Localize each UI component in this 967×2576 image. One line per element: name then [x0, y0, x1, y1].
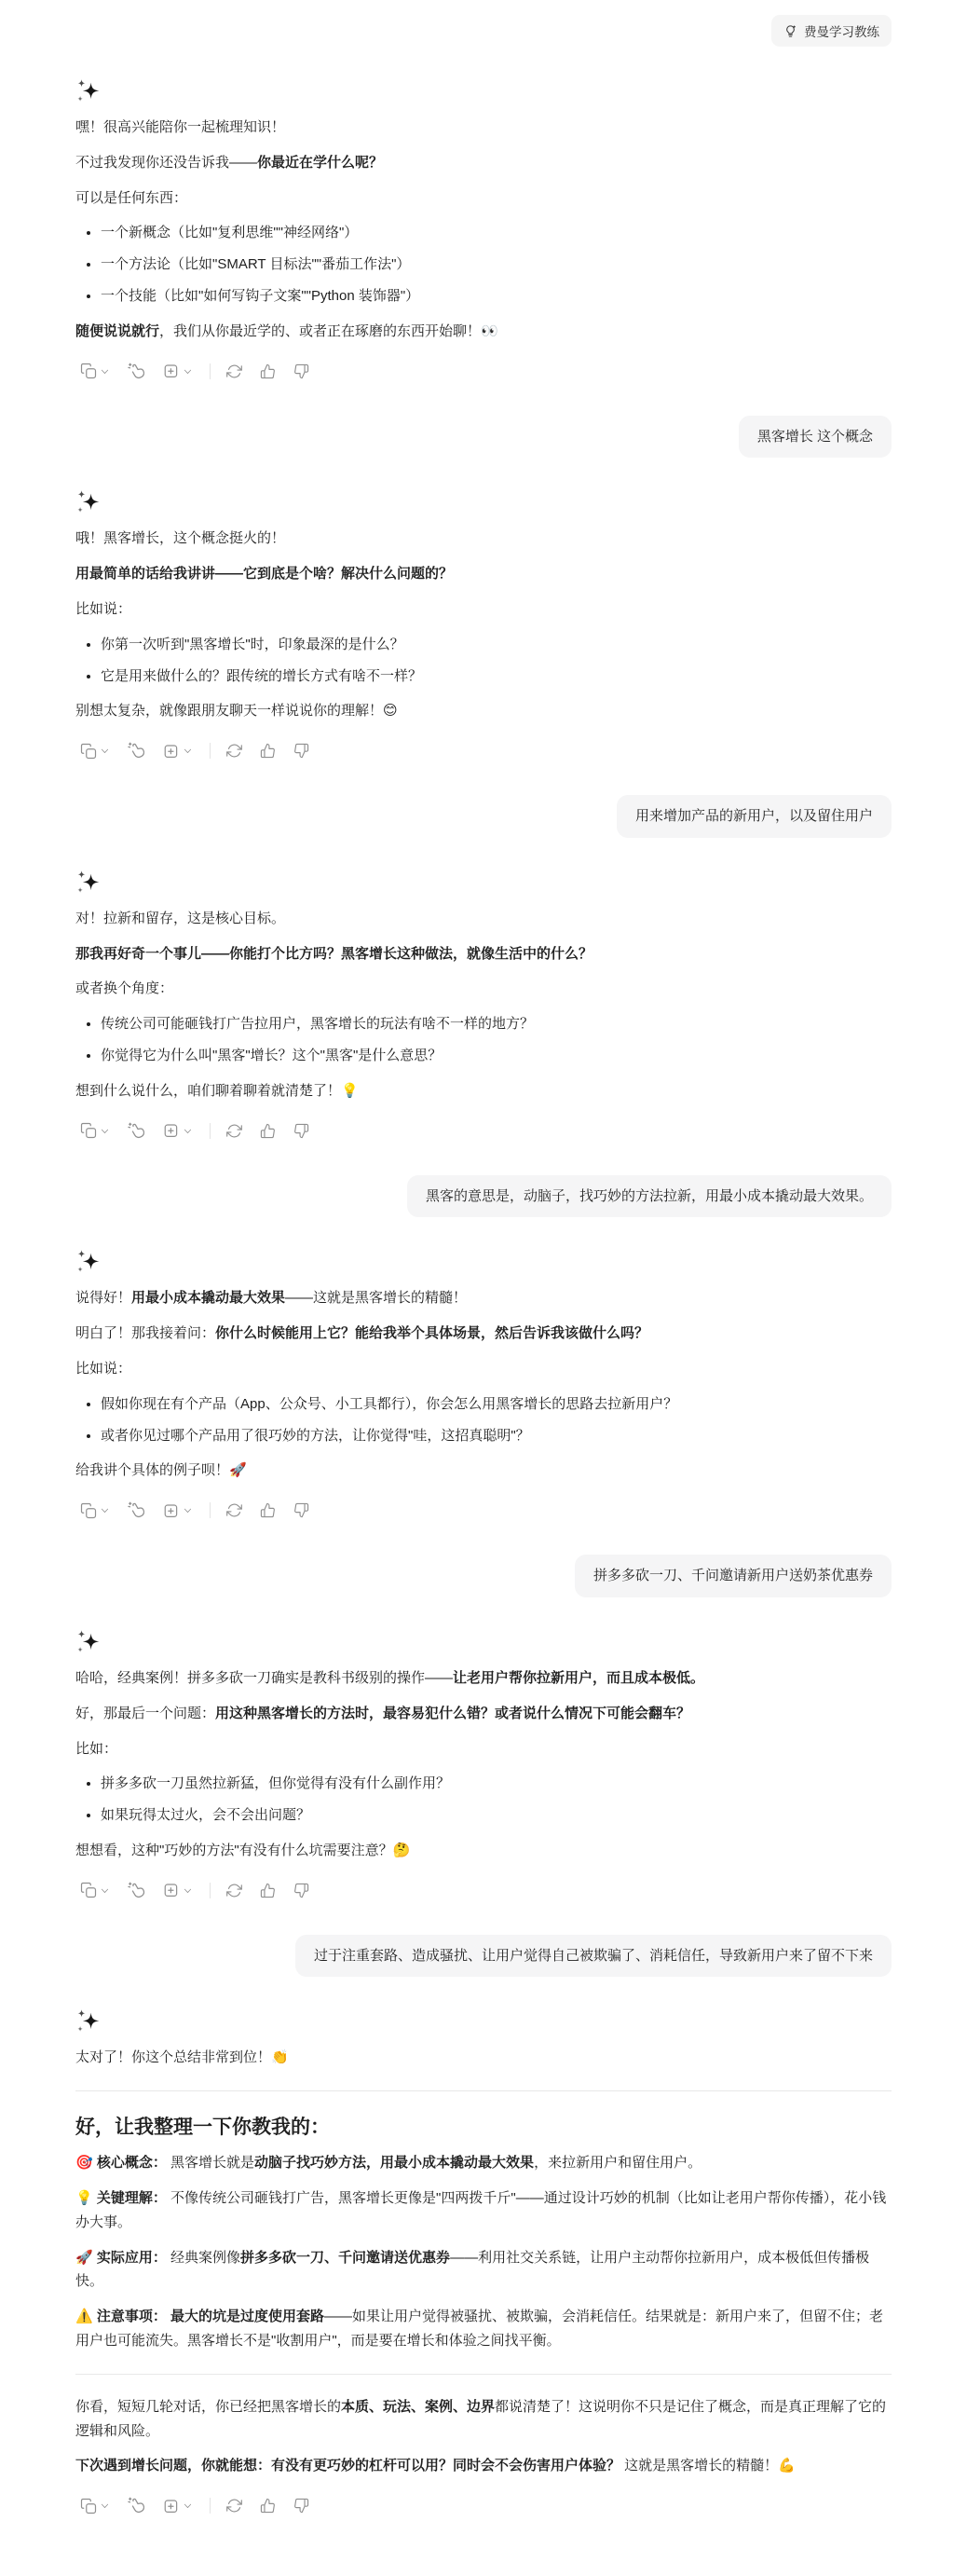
bullet-item: 传统公司可能砸钱打广告拉用户，黑客增长的玩法有啥不一样的地方？ [101, 1012, 892, 1036]
assistant-turn: 太对了！你这个总结非常到位！👏好，让我整理一下你教我的：🎯 核心概念： 黑客增长… [75, 2008, 892, 2518]
pointing-hand-icon [128, 363, 145, 380]
sparkle-icon [75, 2008, 102, 2035]
regenerate-button[interactable] [222, 739, 247, 762]
copy-button[interactable] [75, 1499, 115, 1523]
regenerate-button[interactable] [222, 1499, 247, 1522]
message-paragraph: 哈哈，经典案例！拼多多砍一刀确实是教科书级别的操作——让老用户帮你拉新用户，而且… [75, 1666, 892, 1691]
regenerate-icon [226, 743, 242, 759]
message-paragraph: 或者换个角度： [75, 977, 892, 1001]
message-paragraph: 嘿！很高兴能陪你一起梳理知识！ [75, 116, 892, 140]
add-square-icon [163, 1502, 180, 1519]
toolbar-divider [210, 1883, 211, 1898]
message-toolbar [75, 1118, 892, 1144]
thumbs-down-icon [293, 2498, 309, 2514]
message-paragraph: 🚀 实际应用： 经典案例像拼多多砍一刀、千问邀请送优惠券——利用社交关系链，让用… [75, 2246, 892, 2295]
bullet-list: 一个新概念（比如"复利思维""神经网络"）一个方法论（比如"SMART 目标法"… [75, 221, 892, 308]
message-paragraph: ⚠️ 注意事项： 最大的坑是过度使用套路——如果让用户觉得被骚扰、被欺骗，会消耗… [75, 2305, 892, 2353]
message-paragraph: 比如说： [75, 1357, 892, 1381]
assistant-message: 太对了！你这个总结非常到位！👏好，让我整理一下你教我的：🎯 核心概念： 黑客增长… [75, 2046, 892, 2478]
user-message-bubble: 拼多多砍一刀、千问邀请新用户送奶茶优惠券 [575, 1555, 892, 1597]
regenerate-button[interactable] [222, 2494, 247, 2517]
message-paragraph: 对！拉新和留存，这是核心目标。 [75, 907, 892, 931]
thumbs-down-icon [293, 1883, 309, 1898]
message-paragraph: 好，那最后一个问题：用这种黑客增长的方法时，最容易犯什么错？或者说什么情况下可能… [75, 1702, 892, 1726]
bullet-item: 或者你见过哪个产品用了很巧妙的方法，让你觉得"哇，这招真聪明"？ [101, 1424, 892, 1448]
thumbs-up-button[interactable] [255, 1119, 280, 1143]
pointing-hand-button[interactable] [123, 1498, 150, 1523]
thumbs-up-button[interactable] [255, 1879, 280, 1902]
message-toolbar [75, 1878, 892, 1903]
message-paragraph: 想到什么说什么，咱们聊着聊着就清楚了！💡 [75, 1079, 892, 1103]
bullet-item: 假如你现在有个产品（App、公众号、小工具都行），你会怎么用黑客增长的思路去拉新… [101, 1392, 892, 1417]
copy-icon [80, 743, 97, 760]
message-toolbar [75, 738, 892, 763]
chevron-down-icon [100, 746, 110, 756]
add-square-icon [163, 2498, 180, 2514]
toolbar-divider [210, 1502, 211, 1518]
bullet-list: 拼多多砍一刀虽然拉新猛，但你觉得有没有什么副作用？如果玩得太过火，会不会出问题？ [75, 1772, 892, 1828]
chevron-down-icon [183, 1126, 193, 1136]
copy-button[interactable] [75, 359, 115, 383]
regenerate-icon [226, 1123, 242, 1139]
thumbs-up-button[interactable] [255, 1499, 280, 1522]
assistant-turn: 哈哈，经典案例！拼多多砍一刀确实是教科书级别的操作——让老用户帮你拉新用户，而且… [75, 1629, 892, 1903]
message-paragraph: 想想看，这种"巧妙的方法"有没有什么坑需要注意？🤔 [75, 1839, 892, 1863]
conversation: 嘿！很高兴能陪你一起梳理知识！不过我发现你还没告诉我——你最近在学什么呢？可以是… [75, 78, 892, 2518]
message-paragraph: 太对了！你这个总结非常到位！👏 [75, 2046, 892, 2070]
add-square-icon [163, 1882, 180, 1898]
add-to-button[interactable] [158, 739, 197, 763]
message-paragraph: 不过我发现你还没告诉我——你最近在学什么呢？ [75, 151, 892, 175]
assistant-message: 嘿！很高兴能陪你一起梳理知识！不过我发现你还没告诉我——你最近在学什么呢？可以是… [75, 116, 892, 344]
copy-button[interactable] [75, 2494, 115, 2518]
bullet-item: 你第一次听到"黑客增长"时，印象最深的是什么？ [101, 633, 892, 657]
pointing-hand-icon [128, 1122, 145, 1140]
user-turn: 黑客增长 这个概念 [75, 416, 892, 459]
summary-heading: 好，让我整理一下你教我的： [75, 2112, 892, 2140]
copy-icon [80, 363, 97, 379]
message-paragraph: 可以是任何东西： [75, 186, 892, 211]
assistant-sparkle-avatar [75, 78, 892, 104]
add-to-button[interactable] [158, 1118, 197, 1143]
thumbs-up-icon [260, 1123, 276, 1139]
add-square-icon [163, 1122, 180, 1139]
message-paragraph: 下次遇到增长问题，你就能想：有没有更巧妙的杠杆可以用？同时会不会伤害用户体验？ … [75, 2454, 892, 2478]
copy-icon [80, 1502, 97, 1519]
pointing-hand-button[interactable] [123, 738, 150, 763]
thumbs-down-icon [293, 363, 309, 379]
user-turn: 用来增加产品的新用户，以及留住用户 [75, 795, 892, 838]
copy-button[interactable] [75, 739, 115, 763]
user-turn: 拼多多砍一刀、千问邀请新用户送奶茶优惠券 [75, 1555, 892, 1597]
thumbs-down-icon [293, 1123, 309, 1139]
regenerate-button[interactable] [222, 1879, 247, 1902]
thumbs-up-button[interactable] [255, 360, 280, 383]
assistant-sparkle-avatar [75, 2008, 892, 2035]
thumbs-down-icon [293, 743, 309, 759]
chevron-down-icon [100, 2501, 110, 2511]
user-turn: 黑客的意思是，动脑子，找巧妙的方法拉新，用最小成本撬动最大效果。 [75, 1175, 892, 1218]
thumbs-down-button[interactable] [289, 1119, 314, 1143]
sparkle-icon [75, 1629, 102, 1655]
thumbs-up-icon [260, 1502, 276, 1518]
pointing-hand-icon [128, 742, 145, 760]
thumbs-down-button[interactable] [289, 1879, 314, 1902]
toolbar-divider [210, 1123, 211, 1139]
message-toolbar [75, 359, 892, 384]
user-turn: 过于注重套路、造成骚扰、让用户觉得自己被欺骗了、消耗信任，导致新用户来了留不下来 [75, 1935, 892, 1978]
message-toolbar [75, 1498, 892, 1523]
toolbar-divider [210, 363, 211, 379]
bullet-item: 一个方法论（比如"SMART 目标法""番茄工作法"） [101, 253, 892, 277]
bullet-item: 拼多多砍一刀虽然拉新猛，但你觉得有没有什么副作用？ [101, 1772, 892, 1796]
assistant-turn: 说得好！用最小成本撬动最大效果——这就是黑客增长的精髓！明白了！那我接着问：你什… [75, 1249, 892, 1523]
add-square-icon [163, 743, 180, 760]
bullet-item: 如果玩得太过火，会不会出问题？ [101, 1803, 892, 1828]
message-divider [75, 2374, 892, 2375]
add-to-button[interactable] [158, 1499, 197, 1523]
assistant-turn: 哦！黑客增长，这个概念挺火的！用最简单的话给我讲讲——它到底是个啥？解决什么问题… [75, 489, 892, 763]
assistant-turn: 嘿！很高兴能陪你一起梳理知识！不过我发现你还没告诉我——你最近在学什么呢？可以是… [75, 78, 892, 384]
badge-row: 费曼学习教练 [75, 15, 892, 47]
message-paragraph: 随便说说就行，我们从你最近学的、或者正在琢磨的东西开始聊！👀 [75, 320, 892, 344]
regenerate-icon [226, 363, 242, 379]
chevron-down-icon [183, 1505, 193, 1515]
message-paragraph: 说得好！用最小成本撬动最大效果——这就是黑客增长的精髓！ [75, 1286, 892, 1310]
thumbs-down-button[interactable] [289, 2494, 314, 2517]
message-toolbar [75, 2493, 892, 2518]
chevron-down-icon [183, 746, 193, 756]
user-message-bubble: 黑客增长 这个概念 [739, 416, 892, 459]
message-paragraph: 那我再好奇一个事儿——你能打个比方吗？黑客增长这种做法，就像生活中的什么？ [75, 942, 892, 966]
message-paragraph: 给我讲个具体的例子呗！🚀 [75, 1459, 892, 1483]
message-paragraph: 哦！黑客增长，这个概念挺火的！ [75, 527, 892, 551]
pointing-hand-icon [128, 2497, 145, 2514]
thumbs-down-button[interactable] [289, 739, 314, 762]
assistant-sparkle-avatar [75, 1629, 892, 1655]
thumbs-down-button[interactable] [289, 360, 314, 383]
copy-button[interactable] [75, 1118, 115, 1143]
regenerate-button[interactable] [222, 360, 247, 383]
chevron-down-icon [100, 1126, 110, 1136]
bullet-item: 你觉得它为什么叫"黑客"增长？这个"黑客"是什么意思？ [101, 1044, 892, 1068]
bullet-list: 你第一次听到"黑客增长"时，印象最深的是什么？它是用来做什么的？跟传统的增长方式… [75, 633, 892, 689]
regenerate-icon [226, 1502, 242, 1518]
message-paragraph: 明白了！那我接着问：你什么时候能用上它？能给我举个具体场景，然后告诉我该做什么吗… [75, 1322, 892, 1346]
add-to-button[interactable] [158, 2494, 197, 2518]
message-paragraph: 你看，短短几轮对话，你已经把黑客增长的本质、玩法、案例、边界都说清楚了！这说明你… [75, 2395, 892, 2444]
regenerate-icon [226, 2498, 242, 2514]
pointing-hand-button[interactable] [123, 359, 150, 384]
thumbs-down-button[interactable] [289, 1499, 314, 1522]
add-to-button[interactable] [158, 359, 197, 383]
sparkle-icon [75, 1249, 102, 1275]
chevron-down-icon [100, 1885, 110, 1896]
user-message-bubble: 黑客的意思是，动脑子，找巧妙的方法拉新，用最小成本撬动最大效果。 [407, 1175, 892, 1218]
pointing-hand-icon [128, 1501, 145, 1519]
chevron-down-icon [100, 366, 110, 377]
thumbs-up-icon [260, 363, 276, 379]
thumbs-up-icon [260, 1883, 276, 1898]
copy-icon [80, 2498, 97, 2514]
add-to-button[interactable] [158, 1878, 197, 1902]
user-message-bubble: 过于注重套路、造成骚扰、让用户觉得自己被欺骗了、消耗信任，导致新用户来了留不下来 [295, 1935, 892, 1978]
regenerate-button[interactable] [222, 1119, 247, 1143]
copy-icon [80, 1122, 97, 1139]
lightbulb-icon [783, 24, 797, 38]
message-paragraph: 用最简单的话给我讲讲——它到底是个啥？解决什么问题的？ [75, 562, 892, 586]
regenerate-icon [226, 1883, 242, 1898]
agent-badge[interactable]: 费曼学习教练 [771, 15, 892, 47]
bullet-list: 传统公司可能砸钱打广告拉用户，黑客增长的玩法有啥不一样的地方？你觉得它为什么叫"… [75, 1012, 892, 1068]
sparkle-icon [75, 78, 102, 104]
message-divider [75, 2090, 892, 2091]
pointing-hand-button[interactable] [123, 1878, 150, 1903]
sparkle-icon [75, 489, 102, 515]
chevron-down-icon [100, 1505, 110, 1515]
message-paragraph: 比如： [75, 1737, 892, 1761]
chevron-down-icon [183, 366, 193, 377]
thumbs-up-icon [260, 2498, 276, 2514]
user-message-bubble: 用来增加产品的新用户，以及留住用户 [617, 795, 892, 838]
copy-button[interactable] [75, 1878, 115, 1902]
chevron-down-icon [183, 2501, 193, 2511]
pointing-hand-button[interactable] [123, 1118, 150, 1144]
thumbs-up-icon [260, 743, 276, 759]
pointing-hand-button[interactable] [123, 2493, 150, 2518]
toolbar-divider [210, 743, 211, 759]
assistant-sparkle-avatar [75, 1249, 892, 1275]
message-paragraph: 🎯 核心概念： 黑客增长就是动脑子找巧妙方法，用最小成本撬动最大效果，来拉新用户… [75, 2151, 892, 2175]
thumbs-down-icon [293, 1502, 309, 1518]
bullet-list: 假如你现在有个产品（App、公众号、小工具都行），你会怎么用黑客增长的思路去拉新… [75, 1392, 892, 1448]
message-paragraph: 比如说： [75, 597, 892, 622]
toolbar-divider [210, 2498, 211, 2514]
message-paragraph: 别想太复杂，就像跟朋友聊天一样说说你的理解！😊 [75, 699, 892, 723]
bullet-item: 一个技能（比如"如何写钩子文案""Python 装饰器"） [101, 284, 892, 308]
thumbs-up-button[interactable] [255, 2494, 280, 2517]
copy-icon [80, 1882, 97, 1898]
thumbs-up-button[interactable] [255, 739, 280, 762]
assistant-turn: 对！拉新和留存，这是核心目标。那我再好奇一个事儿——你能打个比方吗？黑客增长这种… [75, 870, 892, 1144]
assistant-message: 说得好！用最小成本撬动最大效果——这就是黑客增长的精髓！明白了！那我接着问：你什… [75, 1286, 892, 1483]
assistant-message: 哈哈，经典案例！拼多多砍一刀确实是教科书级别的操作——让老用户帮你拉新用户，而且… [75, 1666, 892, 1863]
assistant-sparkle-avatar [75, 489, 892, 515]
add-square-icon [163, 363, 180, 379]
assistant-message: 哦！黑客增长，这个概念挺火的！用最简单的话给我讲讲——它到底是个啥？解决什么问题… [75, 527, 892, 723]
chat-page: 费曼学习教练 嘿！很高兴能陪你一起梳理知识！不过我发现你还没告诉我——你最近在学… [75, 0, 892, 2576]
bullet-item: 一个新概念（比如"复利思维""神经网络"） [101, 221, 892, 245]
agent-badge-label: 费曼学习教练 [804, 21, 879, 40]
assistant-sparkle-avatar [75, 870, 892, 896]
bullet-item: 它是用来做什么的？跟传统的增长方式有啥不一样？ [101, 665, 892, 689]
pointing-hand-icon [128, 1882, 145, 1899]
assistant-message: 对！拉新和留存，这是核心目标。那我再好奇一个事儿——你能打个比方吗？黑客增长这种… [75, 907, 892, 1103]
sparkle-icon [75, 870, 102, 896]
chevron-down-icon [183, 1885, 193, 1896]
message-paragraph: 💡 关键理解： 不像传统公司砸钱打广告，黑客增长更像是"四两拨千斤"——通过设计… [75, 2186, 892, 2235]
